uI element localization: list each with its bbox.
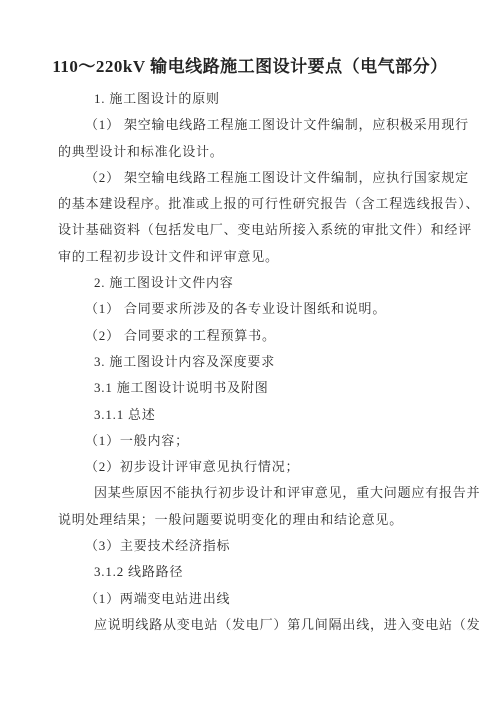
document-title: 110～220kV 输电线路施工图设计要点（电气部分）: [0, 0, 500, 79]
text-line: （2） 合同要求的工程预算书。: [58, 323, 450, 349]
text-line: 的基本建设程序。批准或上报的可行性研究报告（含工程选线报告）、: [58, 191, 450, 217]
text-line: 3.1.2 线路路径: [58, 559, 450, 585]
text-line: （1）两端变电站进出线: [58, 586, 450, 612]
text-line: 应说明线路从变电站（发电厂）第几间隔出线，进入变电站（发: [58, 612, 450, 638]
text-line: 3.1 施工图设计说明书及附图: [58, 375, 450, 401]
text-line: （1） 架空输电线路工程施工图设计文件编制，应积极采用现行: [58, 112, 450, 138]
text-line: 3. 施工图设计内容及深度要求: [58, 349, 450, 375]
text-line: 因某些原因不能执行初步设计和评审意见，重大问题应有报告并: [58, 480, 450, 506]
text-line: 的典型设计和标准化设计。: [58, 139, 450, 165]
text-line: 说明处理结果；一般问题要说明变化的理由和结论意见。: [58, 507, 450, 533]
text-line: 2. 施工图设计文件内容: [58, 270, 450, 296]
text-line: （1） 合同要求所涉及的各专业设计图纸和说明。: [58, 296, 450, 322]
document-body: 1. 施工图设计的原则 （1） 架空输电线路工程施工图设计文件编制，应积极采用现…: [58, 86, 450, 638]
text-line: （2）初步设计评审意见执行情况；: [58, 454, 450, 480]
text-line: 3.1.1 总述: [58, 402, 450, 428]
text-line: 审的工程初步设计文件和评审意见。: [58, 244, 450, 270]
text-line: 1. 施工图设计的原则: [58, 86, 450, 112]
text-line: （3）主要技术经济指标: [58, 533, 450, 559]
text-line: 设计基础资料（包括发电厂、变电站所接入系统的审批文件）和经评: [58, 217, 450, 243]
document-page: 110～220kV 输电线路施工图设计要点（电气部分） 1. 施工图设计的原则 …: [0, 0, 500, 707]
text-line: （2） 架空输电线路工程施工图设计文件编制，应执行国家规定: [58, 165, 450, 191]
text-line: （1）一般内容；: [58, 428, 450, 454]
